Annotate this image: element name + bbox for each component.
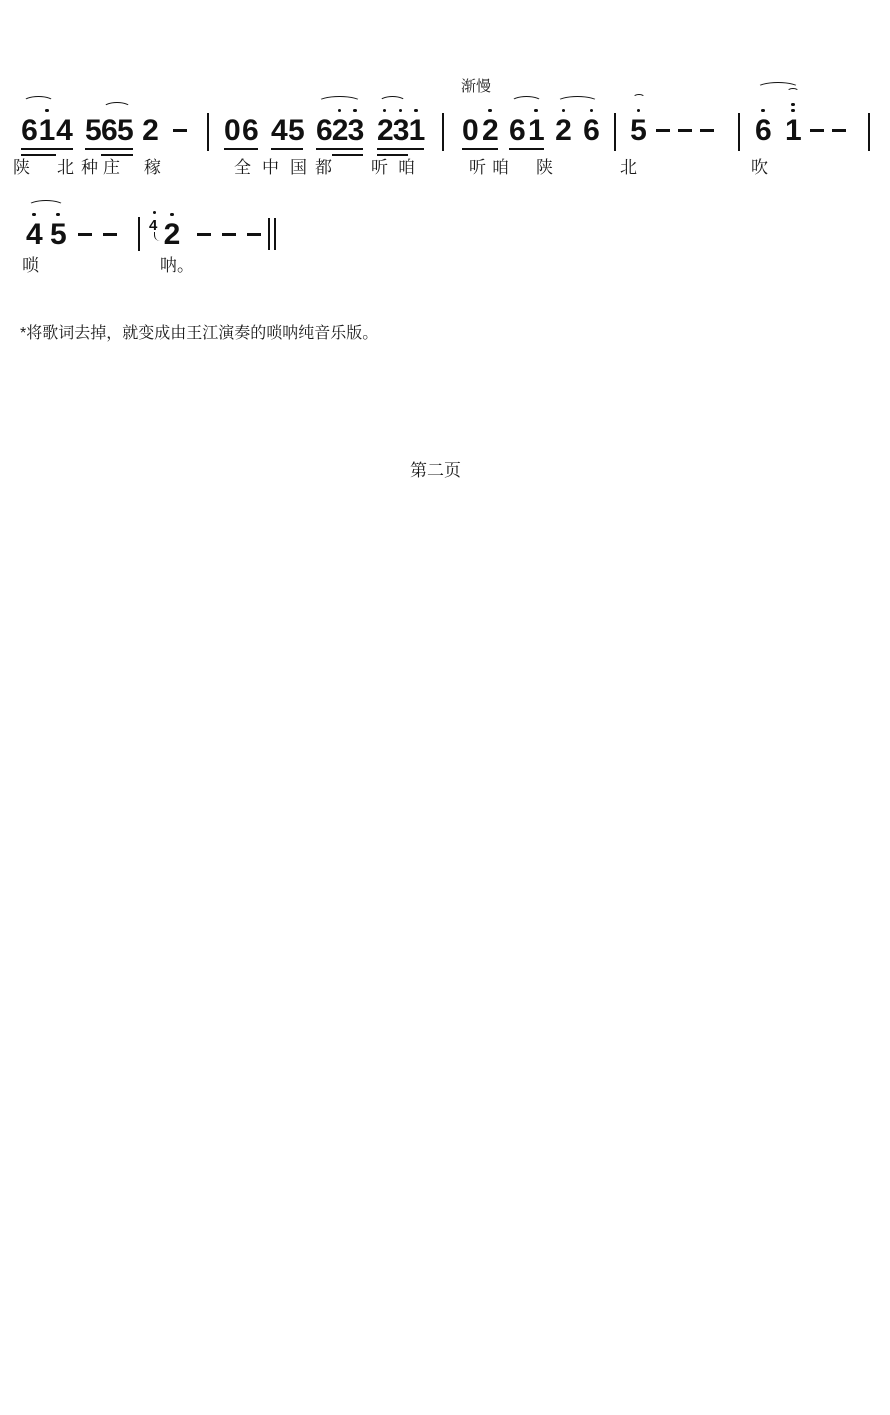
lyric-syllable: 全 [234, 158, 251, 178]
duration-dash [810, 129, 824, 132]
note-digit: 2 [142, 116, 159, 146]
note-digit: 3 [393, 116, 408, 146]
beam-underline [21, 154, 56, 156]
note-digit: 6 [583, 116, 600, 146]
duration-dash [197, 233, 211, 236]
lyric-syllable: 听 [469, 158, 486, 178]
octave-dot [170, 213, 173, 216]
lyric-syllable: 咱 [398, 158, 415, 178]
beam-underline [85, 148, 133, 150]
octave-dot [353, 109, 356, 112]
lyric-syllable: 都 [315, 158, 332, 178]
grace-slur-hook [154, 232, 160, 241]
duration-dash [78, 233, 92, 236]
note-digit: 1 [409, 116, 424, 146]
lyric-syllable: 种 [81, 158, 98, 178]
lyric-syllable: 陕 [536, 158, 553, 178]
slur-arc [757, 82, 799, 94]
duration-dash [656, 129, 670, 132]
fermata-arc-icon [633, 94, 645, 101]
note-digit: 4 [271, 116, 286, 146]
octave-dot [56, 213, 59, 216]
lyric-syllable: 北 [57, 158, 74, 178]
barline [207, 113, 209, 151]
barline [868, 113, 870, 151]
barline [442, 113, 444, 151]
lyric-syllable: 陕 [13, 158, 30, 178]
octave-dot [637, 109, 640, 112]
beam-underline [509, 148, 544, 150]
lyric-syllable: 呐。 [160, 256, 194, 276]
note-digit: 5 [117, 116, 133, 146]
barline [138, 217, 140, 251]
octave-dot [338, 109, 341, 112]
lyric-syllable: 听 [371, 158, 388, 178]
beam-underline [377, 154, 408, 156]
barline [614, 113, 616, 151]
note-digit: 2 [332, 116, 347, 146]
lyric-syllable: 唢 [22, 256, 39, 276]
slur-arc [23, 96, 54, 108]
lyric-syllable: 咱 [492, 158, 509, 178]
duration-dash [173, 129, 187, 132]
slur-arc [103, 102, 131, 114]
slur-arc [557, 96, 598, 108]
note-digit: 6 [755, 116, 771, 146]
note-digit: 4 [56, 116, 73, 146]
beam-underline [332, 154, 363, 156]
barline [738, 113, 740, 151]
duration-dash [103, 233, 117, 236]
duration-dash [222, 233, 236, 236]
note-digit: 6 [316, 116, 331, 146]
note-digit: 4 [26, 220, 42, 250]
slur-arc [511, 96, 542, 108]
octave-dot [414, 109, 417, 112]
note-digit: 2 [482, 116, 498, 146]
octave-dot [383, 109, 386, 112]
footnote: *将歌词去掉，就变成由王江演奏的唢呐纯音乐版。 [20, 320, 378, 343]
octave-dot [153, 211, 156, 214]
note-digit: 5 [288, 116, 303, 146]
sheet-music-page: 渐慢 *将歌词去掉，就变成由王江演奏的唢呐纯音乐版。 第二页 614565206… [0, 0, 890, 1415]
tempo-marking: 渐慢 [461, 75, 491, 96]
note-digit: 1 [39, 116, 56, 146]
note-digit: 1 [528, 116, 544, 146]
note-digit: 3 [348, 116, 363, 146]
note-digit: 0 [462, 116, 478, 146]
octave-dot [761, 109, 764, 112]
octave-dot [32, 213, 35, 216]
note-digit: 6 [509, 116, 525, 146]
note-digit: 2 [377, 116, 392, 146]
lyric-syllable: 稼 [144, 158, 161, 178]
note-digit: 5 [50, 220, 66, 250]
lyric-syllable: 国 [290, 158, 307, 178]
note-digit: 0 [224, 116, 240, 146]
note-digit: 2 [163, 220, 181, 250]
octave-dot [562, 109, 565, 112]
octave-dot [791, 103, 794, 106]
page-number-label: 第二页 [410, 456, 461, 481]
duration-dash [247, 233, 261, 236]
final-barline [274, 218, 276, 250]
beam-underline [224, 148, 258, 150]
octave-dot [590, 109, 593, 112]
beam-underline [21, 148, 73, 150]
note-digit: 6 [242, 116, 258, 146]
lyric-syllable: 北 [620, 158, 637, 178]
slur-arc [318, 96, 361, 108]
duration-dash [678, 129, 692, 132]
note-digit: 5 [85, 116, 101, 146]
note-digit: 6 [101, 116, 117, 146]
duration-dash [700, 129, 714, 132]
final-barline [268, 218, 270, 250]
slur-arc [379, 96, 406, 108]
beam-underline [462, 148, 498, 150]
octave-dot [399, 109, 402, 112]
beam-underline [316, 148, 363, 150]
note-digit: 6 [21, 116, 38, 146]
lyric-syllable: 庄 [103, 158, 120, 178]
note-digit: 1 [785, 116, 801, 146]
beam-underline [101, 154, 133, 156]
beam-underline [271, 148, 303, 150]
beam-underline [377, 148, 424, 150]
note-digit: 2 [555, 116, 572, 146]
octave-dot [791, 109, 794, 112]
slur-arc [28, 200, 64, 212]
lyric-syllable: 中 [262, 158, 279, 178]
note-digit: 5 [630, 116, 647, 146]
lyric-syllable: 吹 [751, 158, 768, 178]
octave-dot [488, 109, 491, 112]
duration-dash [832, 129, 846, 132]
octave-dot [534, 109, 537, 112]
grace-note: 4 [149, 218, 157, 233]
octave-dot [45, 109, 48, 112]
